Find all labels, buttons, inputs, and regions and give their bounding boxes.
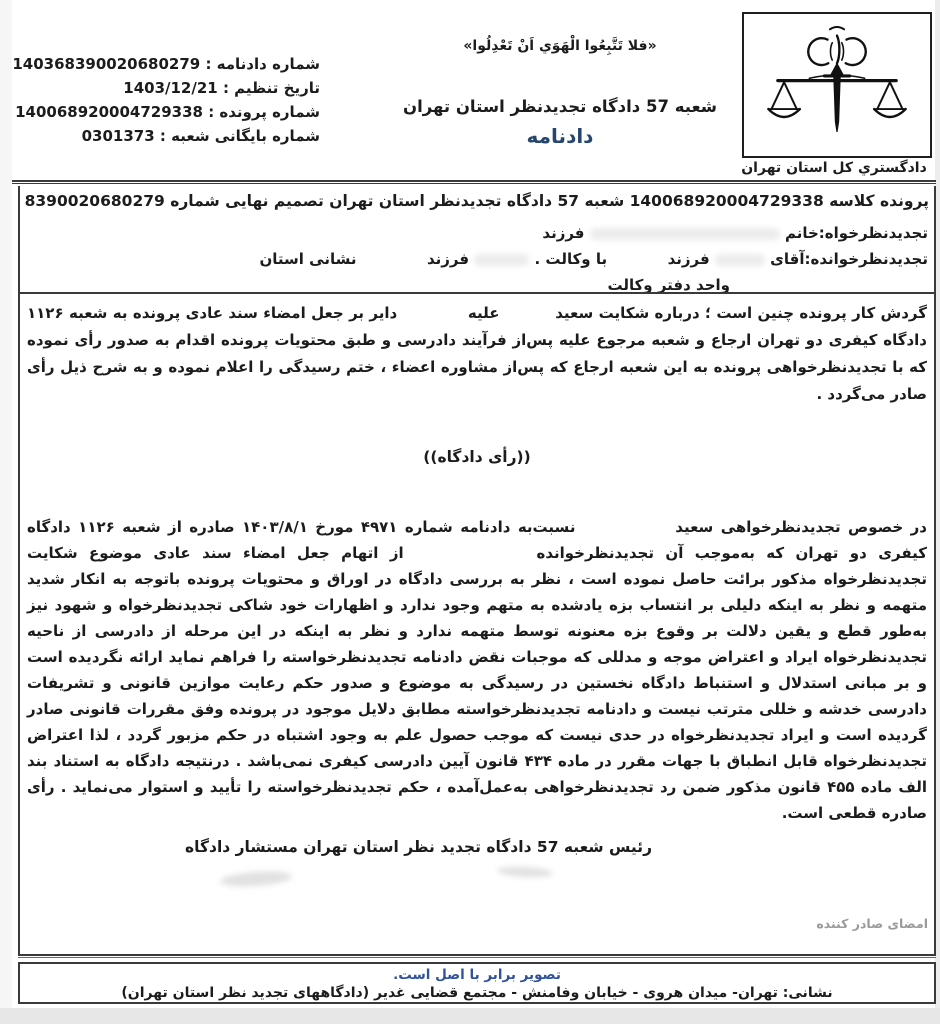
proceedings-text-2: علیه bbox=[468, 304, 500, 322]
court-judgment-document: شماره دادنامه : 140368390020680279 تاریخ… bbox=[0, 0, 940, 1024]
page-title: دادنامه bbox=[400, 124, 720, 148]
redacted-respondent-name-2 bbox=[415, 548, 525, 558]
file-number-value: 140068920004729338 bbox=[15, 103, 203, 121]
org-name: دادگستري کل استان تهران bbox=[732, 160, 936, 176]
redacted-attorney-name bbox=[474, 254, 529, 266]
respondent-label: تجدیدنظرخوانده:آقای bbox=[770, 250, 928, 268]
redacted-respondent-father-name bbox=[612, 254, 662, 266]
president-signature-label: رئیس شعبه 57 دادگاه تجدید نظر استان تهرا… bbox=[303, 838, 652, 856]
judgment-number-value: 140368390020680279 bbox=[12, 55, 200, 73]
address-label: نشانی استان bbox=[259, 250, 356, 268]
judiciary-logo-box bbox=[742, 12, 932, 158]
issue-date-value: 1403/12/21 bbox=[123, 79, 217, 97]
respondent-child-label: فرزند bbox=[668, 250, 710, 268]
header-divider-double-line bbox=[12, 180, 936, 184]
issue-date-row: تاریخ تنظیم : 1403/12/21 bbox=[28, 76, 320, 100]
counselor-signature-label: مستشار دادگاه bbox=[185, 838, 298, 856]
attorney-label: با وکالت . bbox=[535, 250, 608, 268]
redacted-appellant-surname bbox=[583, 522, 668, 532]
court-ruling-heading: ((رأی دادگاه)) bbox=[20, 448, 934, 466]
redacted-appellant-father-name bbox=[417, 228, 537, 240]
quran-verse: «فلا تَتَّبِعُوا الْهَوَي اَنْ تَعْدِلُو… bbox=[400, 38, 720, 54]
footer-hairline bbox=[18, 957, 936, 958]
file-number-label: شماره پرونده : bbox=[208, 103, 320, 121]
appellant-child-label: فرزند bbox=[542, 224, 584, 242]
judgment-number-row: شماره دادنامه : 140368390020680279 bbox=[28, 52, 320, 76]
appellant-label: تجدیدنظرخواه:خانم bbox=[785, 224, 928, 242]
archive-number-row: شماره بایگانی شعبه : 0301373 bbox=[28, 124, 320, 148]
attorney-child-label: فرزند bbox=[427, 250, 469, 268]
appellant-row: تجدیدنظرخواه:خانم فرزند bbox=[26, 224, 928, 242]
counselor-signature-smudge bbox=[497, 866, 553, 879]
redacted-appellant-name bbox=[590, 228, 780, 240]
redacted-respondent-name bbox=[715, 254, 765, 266]
parties-divider-line bbox=[20, 292, 934, 294]
scales-of-justice-icon bbox=[762, 23, 912, 147]
branch-title: شعبه 57 دادگاه تجدیدنظر استان تهران bbox=[400, 97, 720, 116]
issue-date-label: تاریخ تنظیم : bbox=[223, 79, 320, 97]
verdict-text-3: از اتهام جعل امضاء سند عادی موضوع شکایت … bbox=[27, 544, 927, 822]
footer-box: تصویر برابر با اصل است. نشانی: تهران- می… bbox=[18, 962, 936, 1004]
archive-number-label: شماره بایگانی شعبه : bbox=[160, 127, 320, 145]
case-numbers-block: شماره دادنامه : 140368390020680279 تاریخ… bbox=[28, 52, 320, 148]
redacted-accused-name bbox=[403, 308, 463, 318]
court-address: نشانی: تهران- میدان هروی - خیابان وفامنش… bbox=[20, 984, 934, 1002]
judgment-number-label: شماره دادنامه : bbox=[205, 55, 320, 73]
proceedings-paragraph: گردش کار پرونده چنین است ؛ درباره شکایت … bbox=[27, 300, 927, 408]
redacted-complainant-surname bbox=[505, 308, 550, 318]
signature-row: رئیس شعبه 57 دادگاه تجدید نظر استان تهرا… bbox=[185, 838, 652, 856]
redacted-attorney-father-name bbox=[362, 254, 422, 266]
certified-copy-note: تصویر برابر با اصل است. bbox=[20, 966, 934, 984]
judgment-body-box: پرونده کلاسه 140068920004729338 شعبه 57 … bbox=[18, 186, 936, 956]
file-number-row: شماره پرونده : 140068920004729338 bbox=[28, 100, 320, 124]
president-signature-smudge bbox=[220, 870, 293, 889]
respondent-row: تجدیدنظرخوانده:آقای فرزند با وکالت . فرز… bbox=[26, 250, 928, 268]
archive-number-value: 0301373 bbox=[82, 127, 155, 145]
verdict-paragraph: در خصوص تجدیدنظرخواهی سعید نسبت‌به دادنا… bbox=[27, 514, 927, 826]
verdict-text-1: در خصوص تجدیدنظرخواهی سعید bbox=[675, 518, 927, 536]
proceedings-text-1: گردش کار پرونده چنین است ؛ درباره شکایت … bbox=[555, 304, 927, 322]
case-intro-line: پرونده کلاسه 140068920004729338 شعبه 57 … bbox=[25, 192, 929, 210]
scan-edge-left bbox=[0, 0, 12, 1008]
scan-edge-bottom bbox=[0, 1008, 940, 1024]
issuer-signature-label: امضای صادر کننده bbox=[816, 916, 928, 931]
